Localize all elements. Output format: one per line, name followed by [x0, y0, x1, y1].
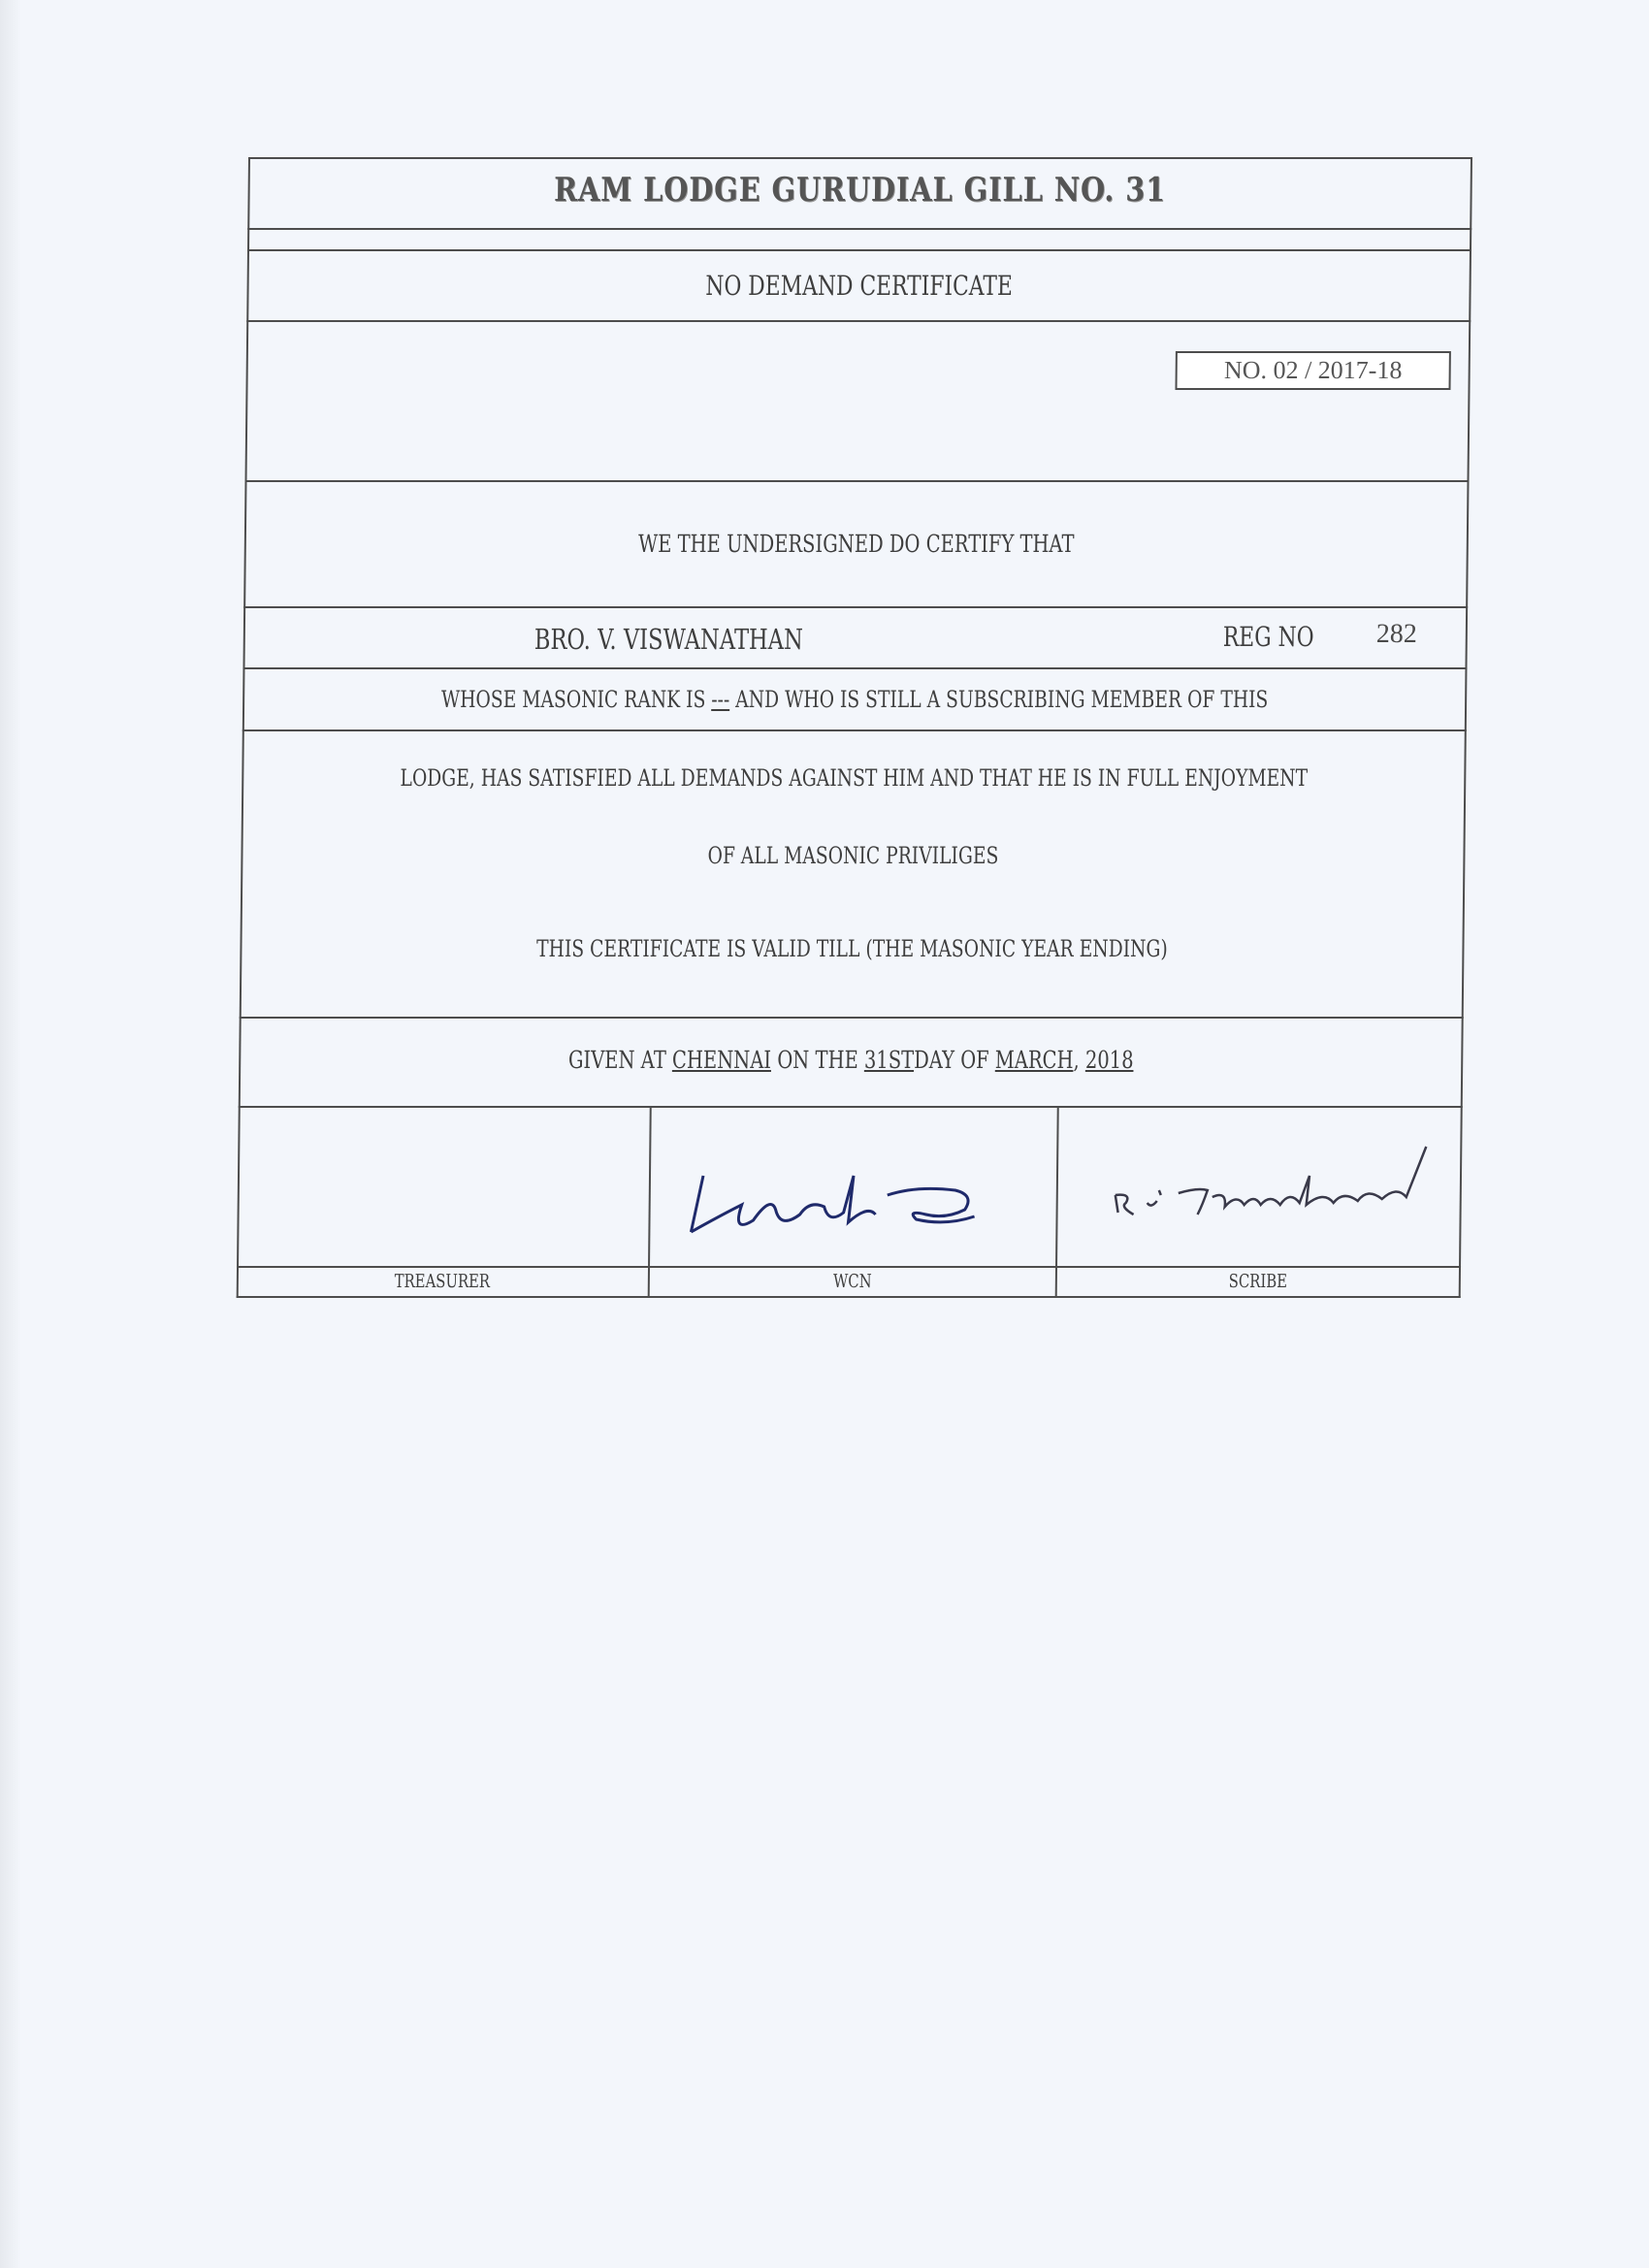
lodge-title: RAM LODGE GURUDIAL GILL NO. 31 — [339, 171, 1380, 210]
rule — [242, 729, 1467, 731]
body-line-2: OF ALL MASONIC PRIVILIGES — [375, 842, 1331, 869]
rule — [248, 157, 1472, 159]
given-prefix: GIVEN AT — [568, 1046, 666, 1074]
given-day-of: DAY OF — [914, 1046, 989, 1074]
rank-prefix: WHOSE MASONIC RANK IS — [441, 686, 706, 713]
member-name: BRO. V. VISWANATHAN — [534, 623, 803, 656]
right-border — [1459, 157, 1472, 1298]
rule — [243, 606, 1468, 608]
rank-suffix: AND WHO IS STILL A SUBSCRIBING MEMBER OF… — [735, 686, 1268, 713]
given-place: CHENNAI — [672, 1046, 771, 1074]
rule — [244, 480, 1469, 482]
rank-value: --- — [711, 686, 729, 713]
rule — [242, 667, 1467, 669]
scan-edge — [0, 0, 21, 2268]
validity-line: THIS CERTIFICATE IS VALID TILL (THE MASO… — [374, 935, 1330, 962]
certificate-type: NO DEMAND CERTIFICATE — [381, 270, 1337, 302]
given-line: GIVEN AT CHENNAI ON THE 31STDAY OF MARCH… — [373, 1046, 1329, 1074]
column-divider — [1055, 1106, 1059, 1298]
given-month: MARCH — [995, 1046, 1074, 1074]
rule — [237, 1296, 1461, 1298]
given-on-the: ON THE — [777, 1046, 858, 1074]
given-year: 2018 — [1085, 1046, 1134, 1074]
rule — [246, 320, 1471, 322]
certify-line: WE THE UNDERSIGNED DO CERTIFY THAT — [378, 530, 1334, 558]
certificate-table: RAM LODGE GURUDIAL GILL NO. 31 NO DEMAND… — [237, 157, 1472, 1298]
given-comma: , — [1073, 1046, 1080, 1074]
reg-label: REG NO — [1223, 621, 1314, 653]
column-divider — [648, 1106, 652, 1298]
rule — [240, 1017, 1464, 1019]
signatory-label-wcn: WCN — [695, 1271, 1011, 1292]
rule — [237, 1266, 1461, 1268]
rule — [239, 1106, 1463, 1108]
given-day: 31ST — [864, 1046, 914, 1074]
rule — [247, 249, 1471, 251]
scribe-signature — [1090, 1137, 1450, 1224]
left-border — [237, 157, 250, 1298]
wcn-signature — [683, 1156, 1004, 1244]
certificate-number: NO. 02 / 2017-18 — [1175, 351, 1450, 390]
body-line-1: LODGE, HAS SATISFIED ALL DEMANDS AGAINST… — [376, 764, 1332, 792]
rank-line: WHOSE MASONIC RANK IS --- AND WHO IS STI… — [377, 686, 1333, 713]
rule — [247, 228, 1471, 230]
signatory-label-scribe: SCRIBE — [1101, 1271, 1414, 1292]
reg-number: 282 — [1376, 619, 1417, 650]
signatory-label-treasurer: TREASURER — [281, 1271, 602, 1292]
